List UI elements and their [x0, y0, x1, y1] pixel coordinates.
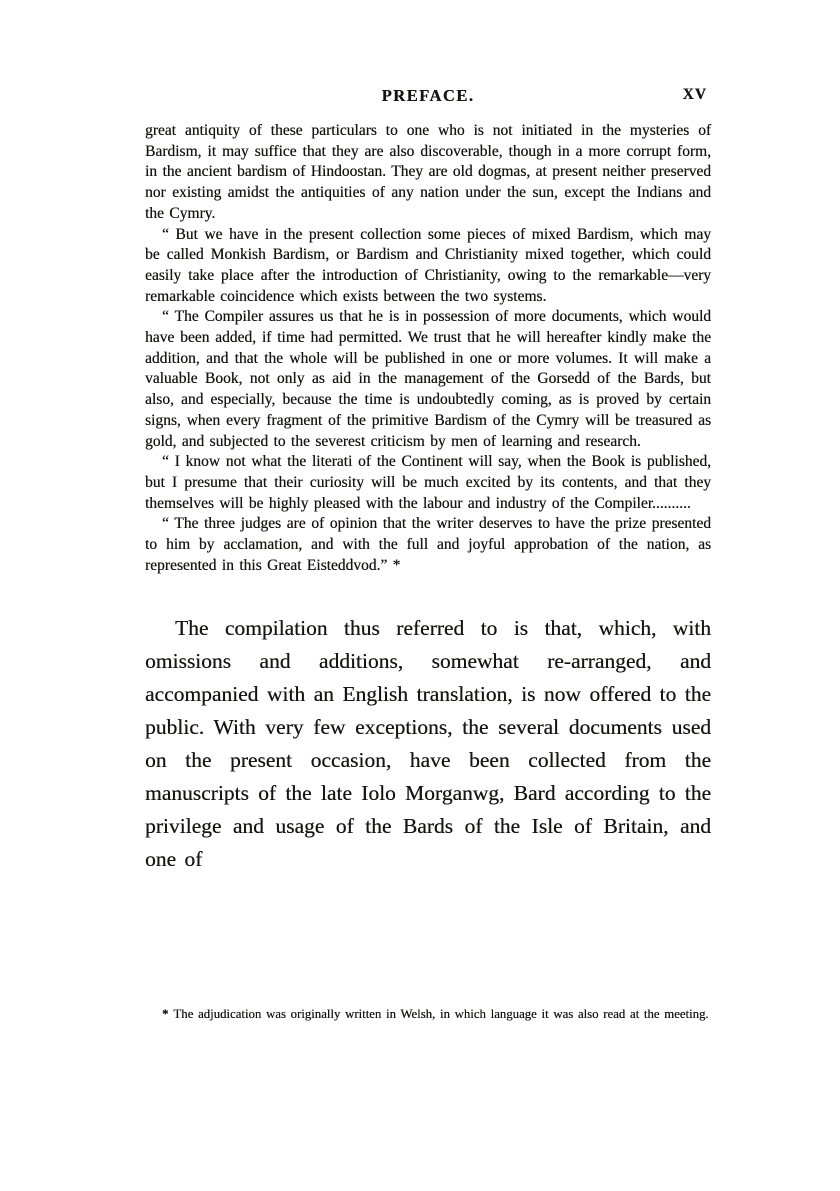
footnote-marker: *: [162, 1007, 173, 1021]
book-page: PREFACE. XV great antiquity of these par…: [0, 0, 840, 1191]
quoted-text-block: great antiquity of these particulars to …: [145, 121, 711, 576]
quoted-paragraph-continuation: great antiquity of these particulars to …: [145, 121, 711, 225]
page-number: XV: [683, 86, 707, 104]
quoted-paragraph: “ I know not what the literati of the Co…: [145, 452, 711, 514]
footnote: *The adjudication was originally written…: [148, 1004, 714, 1024]
page-header: PREFACE. XV: [145, 86, 711, 104]
footnote-text: The adjudication was originally written …: [173, 1007, 708, 1021]
quoted-paragraph: “ But we have in the present collection …: [145, 225, 711, 308]
text-column: PREFACE. XV great antiquity of these par…: [145, 86, 711, 876]
quoted-paragraph: “ The three judges are of opinion that t…: [145, 514, 711, 576]
quoted-paragraph: “ The Compiler assures us that he is in …: [145, 307, 711, 452]
main-paragraph: The compilation thus referred to is that…: [145, 612, 711, 876]
running-title: PREFACE.: [382, 86, 475, 105]
